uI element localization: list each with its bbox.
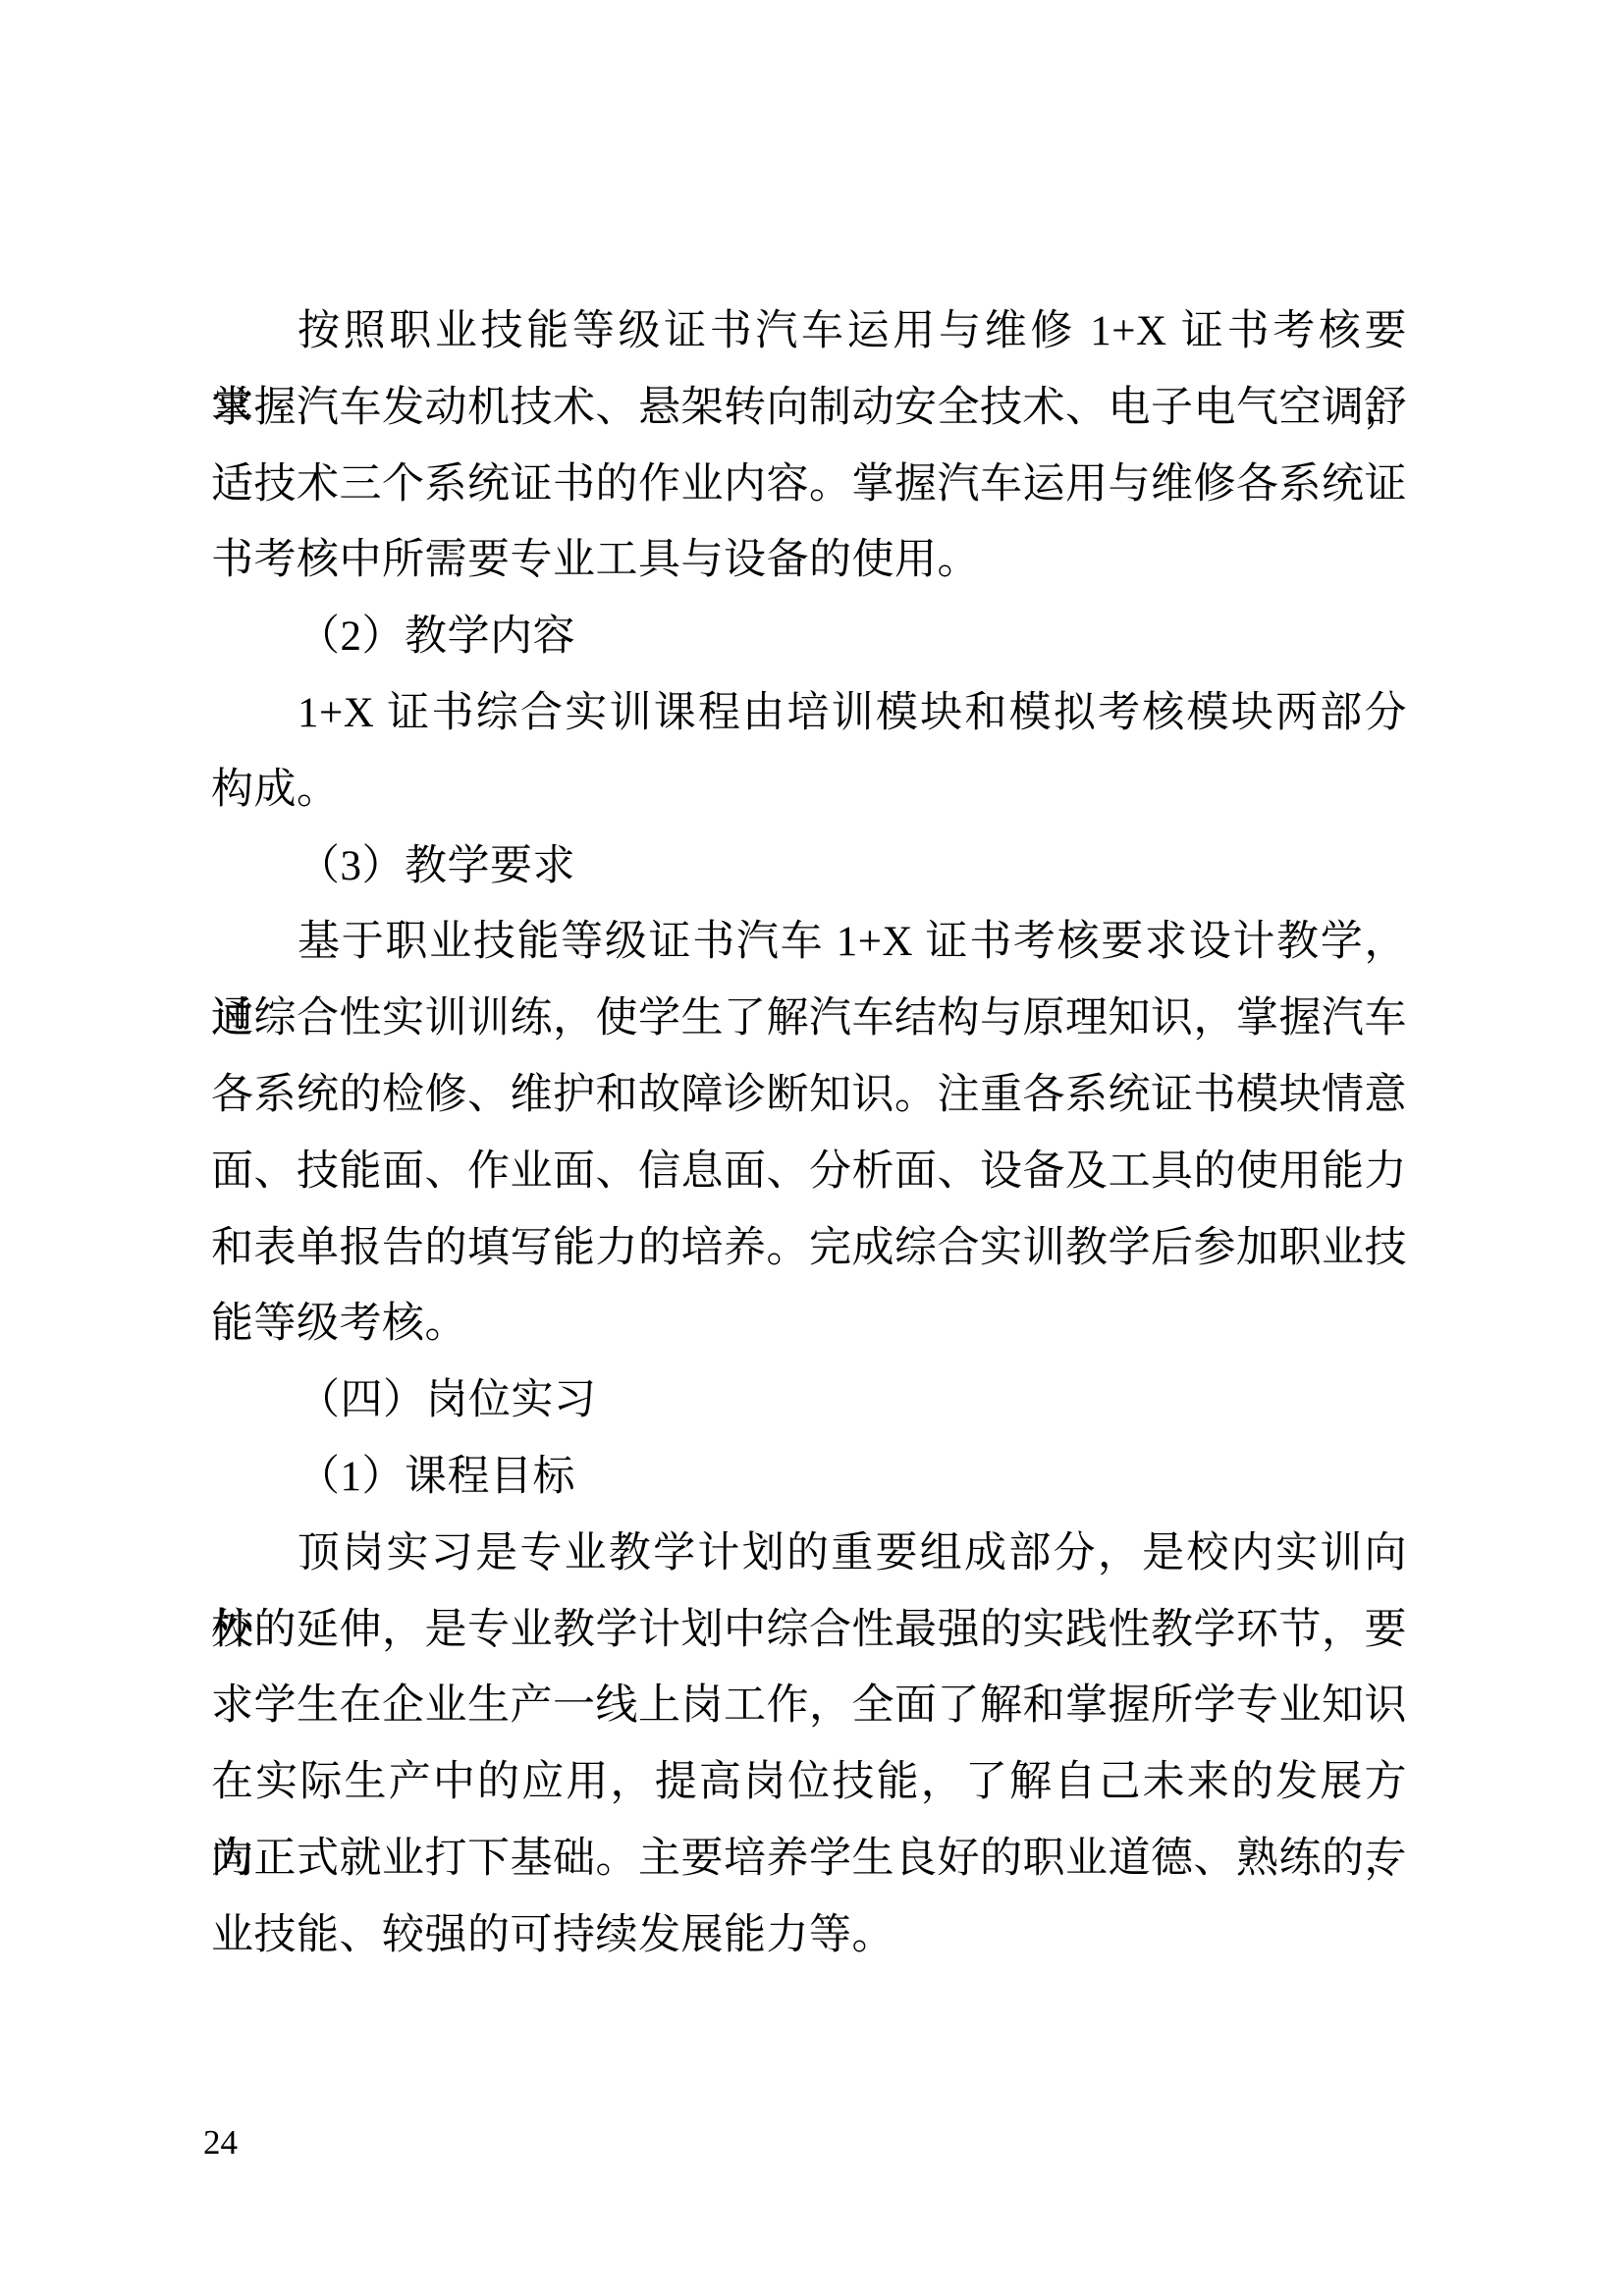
text-line: 按照职业技能等级证书汽车运用与维修 1+X 证书考核要求， (211, 294, 1407, 370)
text-line: 和表单报告的填写能力的培养。完成综合实训教学后参加职业技 (211, 1210, 1407, 1287)
text-line: 各系统的检修、维护和故障诊断知识。注重各系统证书模块情意 (211, 1057, 1407, 1134)
text-line: 面、技能面、作业面、信息面、分析面、设备及工具的使用能力 (211, 1134, 1407, 1210)
text-line: 掌握汽车发动机技术、悬架转向制动安全技术、电子电气空调舒 (211, 370, 1407, 447)
text-line: 构成。 (211, 752, 1407, 828)
page-number: 24 (203, 2123, 238, 2163)
document-body: 按照职业技能等级证书汽车运用与维修 1+X 证书考核要求，掌握汽车发动机技术、悬… (211, 294, 1407, 1974)
text-line: 过综合性实训训练，使学生了解汽车结构与原理知识，掌握汽车 (211, 981, 1407, 1057)
text-line: （四）岗位实习 (211, 1362, 1407, 1439)
text-line: （2）教学内容 (211, 599, 1407, 675)
text-line: 基于职业技能等级证书汽车 1+X 证书考核要求设计教学，通 (211, 904, 1407, 981)
text-line: 业技能、较强的可持续发展能力等。 (211, 1897, 1407, 1974)
text-line: 书考核中所需要专业工具与设备的使用。 (211, 522, 1407, 599)
document-page: 按照职业技能等级证书汽车运用与维修 1+X 证书考核要求，掌握汽车发动机技术、悬… (0, 0, 1624, 2296)
text-line: 求学生在企业生产一线上岗工作，全面了解和掌握所学专业知识 (211, 1668, 1407, 1744)
text-line: （3）教学要求 (211, 828, 1407, 905)
text-line: 为正式就业打下基础。主要培养学生良好的职业道德、熟练的专 (211, 1821, 1407, 1897)
text-line: 1+X 证书综合实训课程由培训模块和模拟考核模块两部分 (211, 675, 1407, 752)
text-line: 在实际生产中的应用，提高岗位技能，了解自己未来的发展方向， (211, 1744, 1407, 1821)
text-line: 顶岗实习是专业教学计划的重要组成部分，是校内实训向校 (211, 1516, 1407, 1592)
text-line: 能等级考核。 (211, 1286, 1407, 1362)
text-line: （1）课程目标 (211, 1439, 1407, 1516)
text-line: 适技术三个系统证书的作业内容。掌握汽车运用与维修各系统证 (211, 447, 1407, 523)
text-line: 外的延伸，是专业教学计划中综合性最强的实践性教学环节，要 (211, 1592, 1407, 1669)
